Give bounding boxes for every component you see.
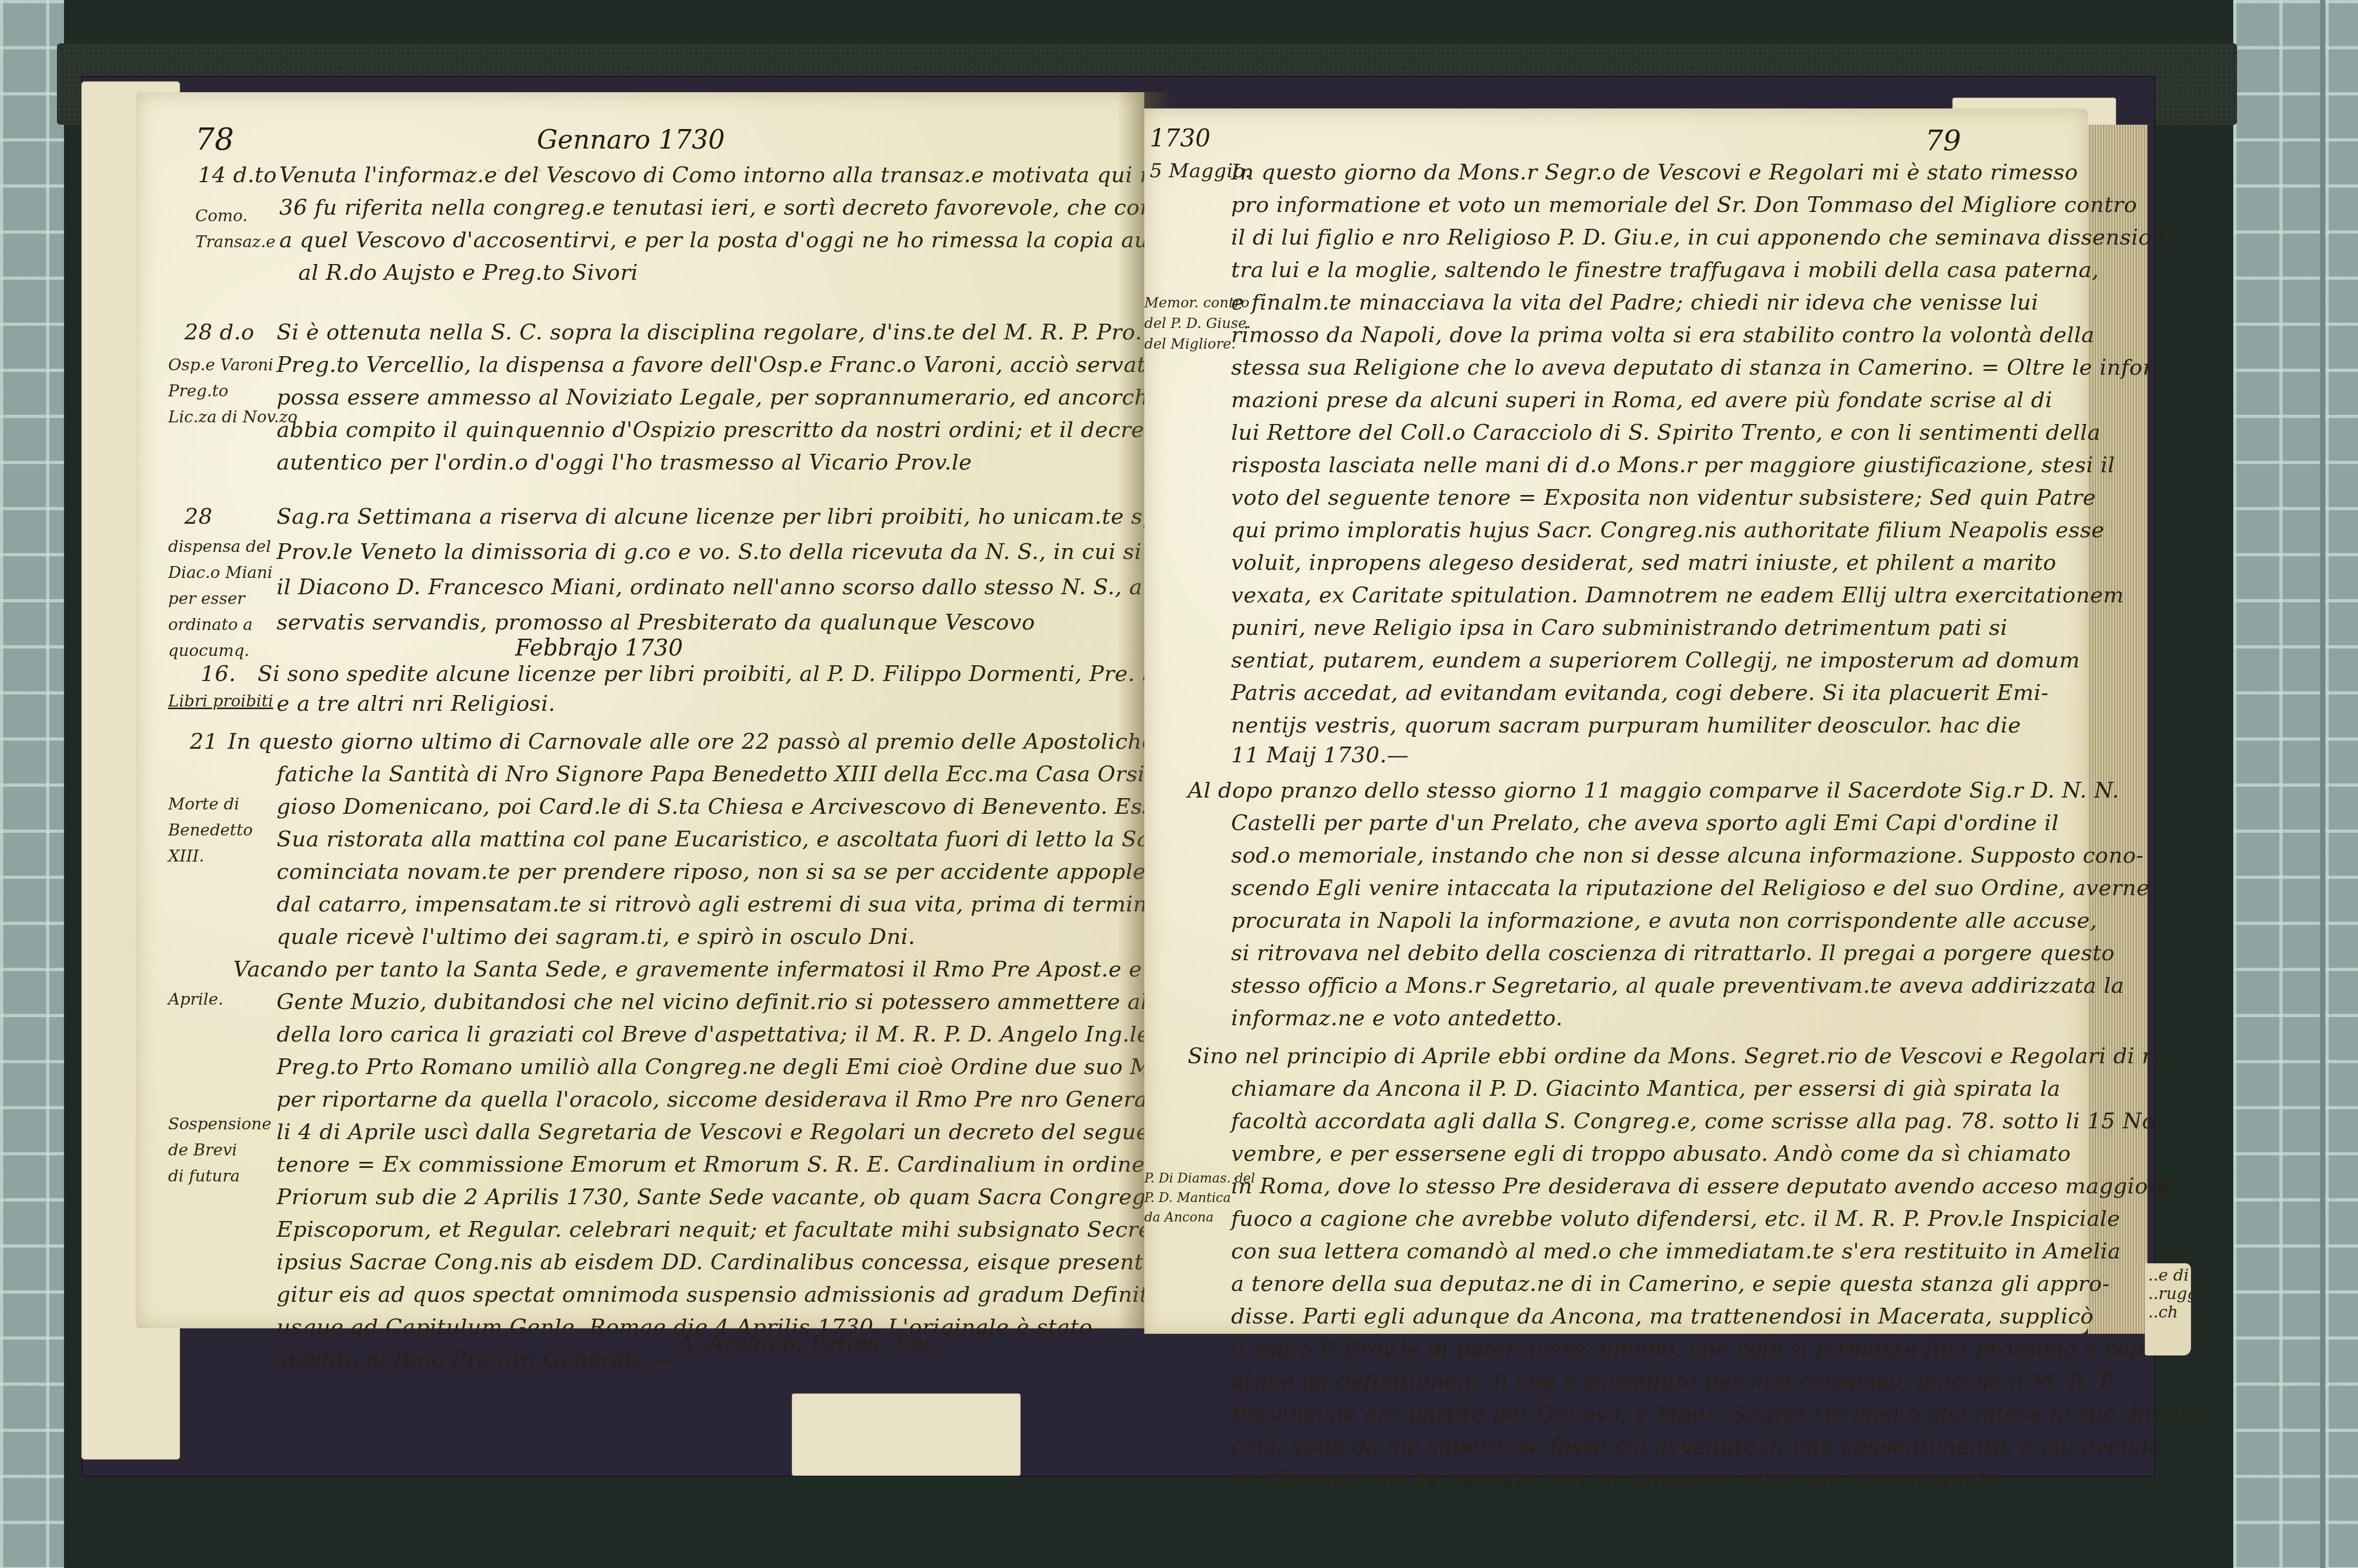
signature: A. Archiep. Petien. Sec. [678,1331,943,1356]
text-line: della loro carica li graziati col Breve … [277,1022,1150,1047]
margin-note: Como. Transaz.e [195,203,275,255]
text-line: Si sono spedite alcune licenze per libri… [258,661,1210,686]
text-line: tra lui e la moglie, saltendo le finestr… [1231,258,2099,282]
text-line: Si è ottenuta nella S. C. sopra la disci… [277,320,1214,345]
margin-note: dispensa del Diac.o Miani per esser ordi… [168,534,273,664]
entry-date: 21 [190,729,218,754]
text-line: voto del seguente tenore = Exposita non … [1231,485,2096,510]
text-line: facoltà accordata agli dalla S. Congreg.… [1231,1109,2163,1134]
margin-note-line: Benedetto [168,818,253,844]
text-line: chiamare da Ancona il P. D. Giacinto Man… [1231,1076,2060,1101]
text-line: autentico per l'ordin.o d'oggi l'ho tras… [277,450,972,475]
margin-note-line: Morte di [168,792,253,818]
left-page: . . . . . . . . . . . . . . . . . . 78 G… [136,92,1144,1328]
folio-number: 79 [1925,125,1961,157]
text-line: tenore = Ex commissione Emorum et Rmorum… [277,1152,1145,1177]
slip-text-line: ..ruggia [2148,1285,2191,1303]
margin-note-line: di futura [168,1164,271,1190]
text-line: Episcoporum, et Regular. celebrari nequi… [277,1217,1205,1242]
slip-text-line: ..e di [2148,1267,2191,1285]
text-line: fuoco a cagione che avrebbe voluto difen… [1231,1206,2120,1231]
margin-note-line: quocumq. [168,638,273,664]
text-line: gitur eis ad quos spectat omnimoda suspe… [277,1282,1156,1307]
text-block-edge-right [2088,125,2148,1334]
text-line: per riportarne da quella l'oracolo, sicc… [277,1087,1209,1112]
text-line: il sod.o P. Prov.le di poter avere almen… [1231,1336,2144,1361]
text-line: puniri, neve Religio ipsa in Caro submin… [1231,615,2008,640]
entry-date: 16. [201,661,236,686]
text-line: possa essere ammesso al Noviziato Legale… [277,385,1210,410]
year-heading: 1730 [1150,125,1210,152]
entry-date: 14 d.to [198,163,277,188]
margin-note-line: Como. [195,203,275,229]
text-line: sod.o memoriale, instando che non si des… [1231,843,2144,868]
right-page: 79 1730 5 Maggio. Memor. contro del P. D… [1144,108,2088,1334]
text-line: al R.do Aujsto e Preg.to Sivori [298,260,638,285]
text-line: a quel Vescovo d'accosentirvi, e per la … [279,228,1227,253]
margin-note-line: dispensa del [168,534,273,560]
text-line: stesso officio a Mons.r Segretario, al q… [1231,973,2124,998]
text-line: il di lui figlio e nro Religioso P. D. G… [1231,225,2173,250]
text-line: e a tre altri nri Religiosi. [277,691,555,716]
text-line: informaz.ne e voto antedetto. [1231,1006,1563,1031]
text-line: voluit, inpropens alegeso desiderat, sed… [1231,550,2056,575]
color-calibration-grid-left [0,0,64,1568]
margin-note-line: Diac.o Miani [168,560,273,586]
text-line: procurata in Napoli la informazione, e a… [1231,908,2097,933]
text-line: spedito al Rmo Pre nro Generale.— [277,1347,674,1372]
glass-plate-edge [2320,0,2325,1568]
margin-note-line: XIII. [168,844,253,870]
text-line: Gente Muzio, dubitandosi che nel vicino … [277,989,1254,1014]
text-line: e finalm.te minacciava la vita del Padre… [1231,290,2039,315]
text-line: pro informatione et voto un memoriale de… [1231,192,2137,217]
text-line: risposta lasciata nelle mani di d.o Mons… [1231,453,2115,478]
text-line: gioso Domenicano, poi Card.le di S.ta Ch… [277,794,1255,819]
margin-note: Morte di Benedetto XIII. [168,792,253,870]
text-line: ipsius Sacrae Cong.nis ab eisdem DD. Car… [277,1250,1240,1275]
inserted-paper-slip: ..e di ..ruggia ..ch [2145,1263,2191,1355]
entry-date: 28 [184,504,213,529]
text-line: io affermativam.te risposto non mi comun… [1231,1467,2001,1492]
text-line: Patris accedat, ad evitandam evitanda, c… [1231,680,2049,705]
text-line: a tenore della sua deputaz.ne di in Came… [1231,1271,2110,1296]
month-heading: Febbrajo 1730 [515,634,683,661]
margin-note-line: Libri proibiti [168,689,273,715]
text-line: Provinciale era partito per Genova, e Mo… [1231,1402,2203,1426]
margin-note: Sospensione de Brevi di futura [168,1111,271,1190]
text-line: 11 Maij 1730.— [1231,743,1409,768]
text-line: dal catarro, impensatam.te si ritrovò ag… [277,892,1206,917]
text-line: Priorum sub die 2 Aprilis 1730, Sante Se… [277,1185,1153,1210]
margin-note-line: Transaz.e [195,229,275,255]
text-line: Vacando per tanto la Santa Sede, e grave… [233,957,1216,982]
text-line: vembre, e per essersene egli di troppo a… [1231,1141,2071,1166]
text-line: rimosso da Napoli, dove la prima volta s… [1231,323,2094,348]
entry-date: 28 d.o [184,320,254,345]
margin-note-line: per esser [168,586,273,612]
text-line: Preg.to Prto Romano umiliò alla Congreg.… [277,1055,1251,1079]
margin-note-line: Sospensione [168,1111,271,1138]
text-line: stessa sua Religione che lo aveva deputa… [1231,355,2161,380]
text-line: Al dopo pranzo dello stesso giorno 11 ma… [1188,778,2119,803]
text-line: vexata, ex Caritate spitulation. Damnotr… [1231,583,2124,608]
text-line: qui primo imploratis hujus Sacr. Congreg… [1231,518,2104,543]
margin-note-line: Aprile. [168,987,223,1013]
text-line: In questo giorno da Mons.r Segr.o de Ves… [1231,160,2078,185]
text-line: in Roma, dove lo stesso Pre desiderava d… [1231,1174,2172,1199]
text-line: Sino nel principio di Aprile ebbi ordine… [1188,1044,2167,1069]
text-line: lui Rettore del Coll.o Caracciolo di S. … [1231,420,2100,445]
text-line: colà, volle da me sapere, se fosse ciò a… [1231,1434,2162,1459]
text-line: 36 fu riferita nella congreg.e tenutasi … [279,195,1226,220]
text-line: disse. Parti egli adunque da Ancona, ma … [1231,1304,2094,1329]
text-line: mazioni prese da alcuni superi in Roma, … [1231,388,2053,413]
margin-note-line: ordinato a [168,612,273,638]
text-line: quale ricevè l'ultimo dei sagram.ti, e s… [277,924,915,949]
text-line: Castelli per parte d'un Prelato, che ave… [1231,811,2059,836]
text-line: servatis servandis, promosso al Presbite… [277,610,1035,635]
text-line: atque ad definitionem. Il che è succedut… [1231,1369,2117,1394]
text-line: Prov.le Veneto la dimissoria di g.co e v… [277,539,1176,564]
margin-note: Aprile. [168,987,223,1013]
text-line: li 4 di Aprile uscì dalla Segretaria de … [277,1120,1186,1145]
folio-number: 78 [195,122,234,157]
text-line: si ritrovava nel debito della coscienza … [1231,941,2114,966]
text-line: sentiat, putarem, eundem a superiorem Co… [1231,648,2080,673]
text-line: scendo Egli venire intaccata la riputazi… [1231,876,2150,901]
slip-text-line: ..ch [2148,1303,2191,1322]
month-heading: Gennaro 1730 [537,125,725,155]
text-line: In questo giorno ultimo di Carnovale all… [228,729,1201,754]
text-line: abbia compito il quinquennio d'Ospizio p… [277,417,1167,442]
text-line: nentijs vestris, quorum sacram purpuram … [1231,713,2021,738]
margin-note-line: de Brevi [168,1138,271,1164]
vellum-cover-bottom-corner [792,1393,1021,1476]
text-line: con sua lettera comandò al med.o che imm… [1231,1239,2121,1264]
color-calibration-grid-right [2233,0,2358,1568]
margin-note: Libri proibiti [168,689,273,715]
